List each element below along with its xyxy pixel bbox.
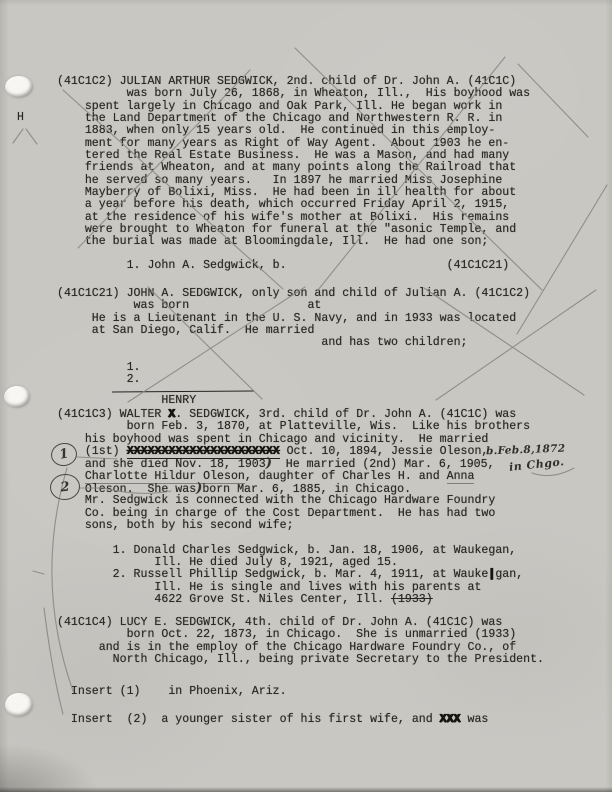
typed-line: North Chicago, Ill., being private Secre… <box>57 654 544 666</box>
typed-line: sons, both by his second wife; <box>57 520 530 532</box>
typed-line: born Oct. 22, 1873, in Chicago. She is u… <box>57 629 544 641</box>
typed-segment: gan, <box>495 568 523 581</box>
insert-note-2: Insert (2) a younger sister of his first… <box>57 714 488 726</box>
typed-line: Insert (1) in Phoenix, Ariz. <box>57 686 287 698</box>
typed-segment: , daughter of Charles H. and <box>245 470 447 483</box>
entry-41c1c21: (41C1C21) JOHN A. SEDGWICK, only son and… <box>57 288 530 387</box>
typed-line: friends at Wheaton, and at many points a… <box>57 162 530 174</box>
typed-segment: Oct. 10, 1894, Jessie Oleson, <box>280 445 489 458</box>
entry-41c1c2: (41C1C2) JULIAN ARTHUR SEDGWICK, 2nd. ch… <box>57 76 530 249</box>
child-line-john: 1. John A. Sedgwick, b. (41C1C21) <box>57 260 509 272</box>
typed-segment-struck: XXXXXXXXXXXXXXXXXXXXXX <box>127 445 280 459</box>
circled-number-1-label: 1 <box>58 446 70 462</box>
typed-line: the burial was made at Bloomingdale, Ill… <box>57 236 530 248</box>
typed-line <box>57 532 530 544</box>
typed-segment: was <box>461 713 489 726</box>
typed-line: born Feb. 3, 1870, at Platteville, Wis. … <box>57 421 530 433</box>
typed-line: 2. <box>57 374 530 386</box>
typed-line: HENRY <box>57 395 196 407</box>
typed-line: and has two children; <box>57 337 530 349</box>
henry-caption: HENRY <box>57 395 196 407</box>
typed-line: 4622 Grove St. Niles Center, Ill. (1933) <box>57 594 530 606</box>
typed-text-layer: (41C1C2) JULIAN ARTHUR SEDGWICK, 2nd. ch… <box>0 0 612 792</box>
typed-line: 1883, when only 15 years old. He continu… <box>57 125 530 137</box>
circled-number-2-label: 2 <box>60 479 71 495</box>
typed-segment-upencil: Charlotte Hildur Oleson <box>85 470 245 484</box>
typed-line: was born July 26, 1868, in Wheaton, Ill.… <box>57 88 530 100</box>
typed-line: Mr. Sedgwick is connected with the Chica… <box>57 495 530 507</box>
entry-41c1c4: (41C1C4) LUCY E. SEDGWICK, 4th. child of… <box>57 617 544 666</box>
typed-line: 1. John A. Sedgwick, b. (41C1C21) <box>57 260 509 272</box>
typed-segment-blot: XXX <box>440 713 461 726</box>
typed-line: was born at <box>57 300 530 312</box>
typed-segment: 4622 Grove St. Niles Center, Ill. <box>57 593 391 606</box>
insert-note-1: Insert (1) in Phoenix, Ariz. <box>57 686 287 698</box>
typed-line: a year before his death, which occurred … <box>57 199 530 211</box>
typed-segment: (41C1C3) WALTER <box>57 408 168 421</box>
scanned-document-page: H (41C1C2) JULIAN ARTHUR SEDGWICK, 2nd. … <box>0 0 612 792</box>
typed-segment-upencil: Anna <box>447 470 475 484</box>
typed-segment: Insert (2) a younger sister of his first… <box>57 713 440 726</box>
typed-segment-strike: (1933) <box>391 593 433 606</box>
typed-line: Insert (2) a younger sister of his first… <box>57 714 488 726</box>
typed-line: 2. Russell Phillip Sedgwick, b. Mar. 4, … <box>57 569 530 581</box>
typed-line: Charlotte Hildur Oleson, daughter of Cha… <box>57 471 530 483</box>
typed-segment: 2. Russell Phillip Sedgwick, b. Mar. 4, … <box>57 568 488 581</box>
typed-line: (1st) XXXXXXXXXXXXXXXXXXXXXX Oct. 10, 18… <box>57 446 530 458</box>
typed-segment: . SEDGWICK, 3rd. child of Dr. John A. (4… <box>175 408 516 421</box>
entry-41c1c3: (41C1C3) WALTER X. SEDGWICK, 3rd. child … <box>57 409 530 607</box>
